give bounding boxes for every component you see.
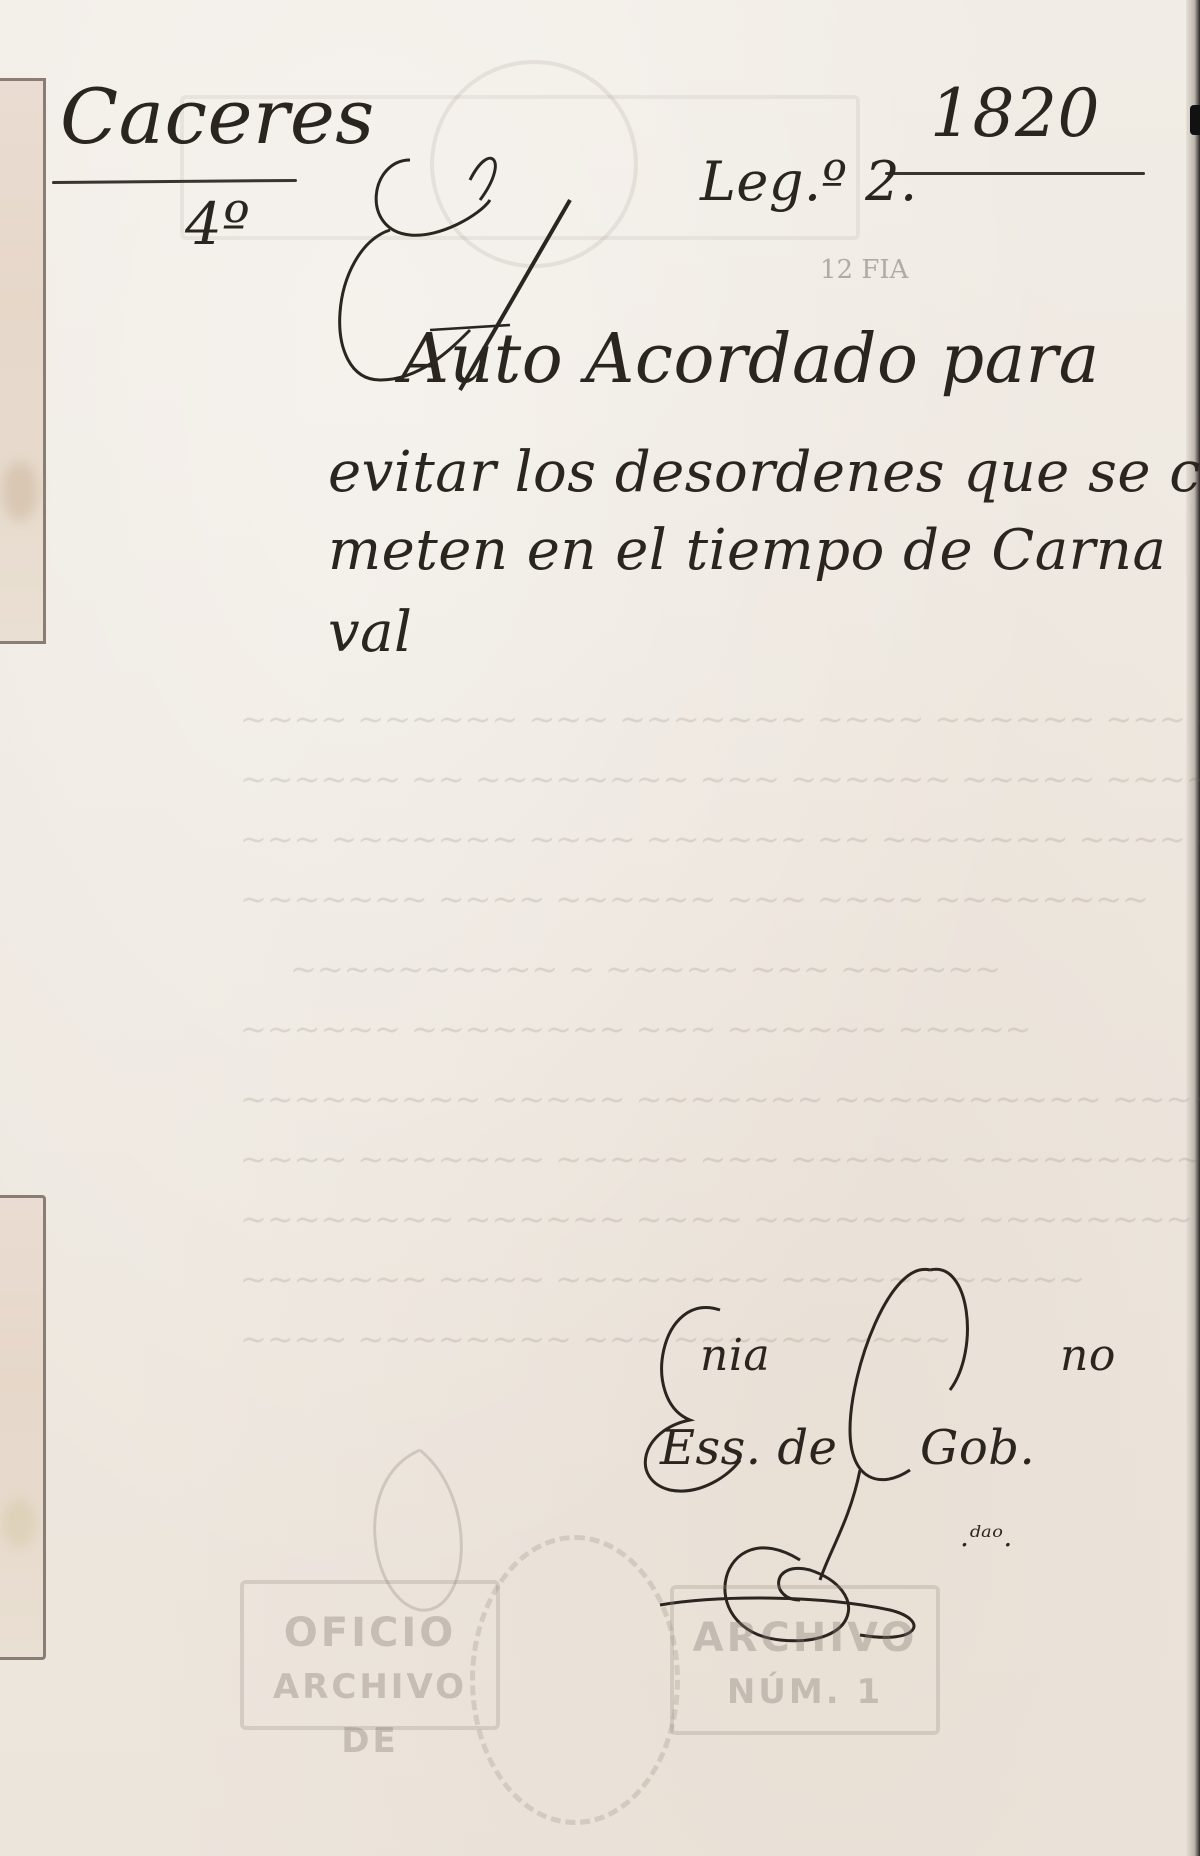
bleed-through-line: ~~~ ~~~~~~~ ~~~~ ~~~~~~ ~~ ~~~~~~~ ~~~~ … <box>240 820 1200 858</box>
header-year: 1820 <box>930 75 1100 152</box>
page-right-edge <box>1186 0 1200 1856</box>
signature-line-1-right: no <box>1060 1330 1116 1381</box>
header-legajo: Leg.º 2. <box>700 150 918 213</box>
archive-seal-oval <box>470 1535 680 1825</box>
archive-stamp-right: ARCHIVO NÚM. 1 <box>670 1585 940 1735</box>
bleed-through-line: ~~~~~~ ~~~~~~~~ ~~~ ~~~~~~ ~~~~~ <box>240 1010 1031 1048</box>
stamp-left-line-2: ARCHIVO DE <box>244 1660 496 1768</box>
title-line-3: meten en el tiempo de Carna <box>328 518 1166 583</box>
signature-line-2-right: Gob. <box>920 1420 1035 1476</box>
stamp-right-line-1: ARCHIVO <box>674 1611 936 1665</box>
bleed-through-line: ~~~~ ~~~~~~ ~~~ ~~~~~~~ ~~~~ ~~~~~~ ~~~ … <box>240 700 1200 738</box>
bleed-through-line: ~~~~~~~~~ ~~~~~ ~~~~~~~ ~~~~~~~~~~ ~~~~ <box>240 1080 1200 1118</box>
header-place: Caceres <box>60 72 375 161</box>
bleed-through-line: ~~~~~~~~ ~~~~~~ ~~~~ ~~~~~~~~ ~~~~~~~~ <box>240 1200 1192 1238</box>
bleed-through-line: ~~~~~~~~~~ ~ ~~~~~ ~~~ ~~~~~~ <box>290 950 1001 988</box>
manuscript-page: Caceres 4º 1820 Leg.º 2. 12 FIA Auto Aco… <box>0 0 1200 1856</box>
binding-strip-top <box>0 78 46 644</box>
stamp-right-line-2: NÚM. 1 <box>674 1665 936 1719</box>
header-year-underline <box>885 172 1145 175</box>
binding-strip-bottom <box>0 1195 46 1660</box>
signature-rubric: .ᵈᵃᵒ. <box>960 1520 1013 1553</box>
title-line-2: evitar los desordenes que se co <box>328 440 1200 505</box>
bleed-through-line: ~~~~ ~~~~~~~ ~~~~~ ~~~ ~~~~~~ ~~~~~~~~~~ <box>240 1140 1200 1178</box>
faint-pencil-loop <box>330 1440 490 1620</box>
header-number: 4º <box>185 190 250 258</box>
small-archive-mark: 12 FIA <box>820 255 908 285</box>
edge-ink-mark <box>1190 105 1200 135</box>
bleed-through-line: ~~~~~~ ~~ ~~~~~~~~ ~~~ ~~~~~~ ~~~~~ ~~~~… <box>240 760 1200 798</box>
signature-line-2-left: Ess. de <box>660 1420 837 1476</box>
bleed-through-line: ~~~~~~~ ~~~~ ~~~~~~ ~~~ ~~~~ ~~~~~~~~ <box>240 880 1149 918</box>
title-line-4: val <box>328 600 412 665</box>
signature-line-1-mid: nia <box>700 1330 770 1381</box>
title-line-1: Auto Acordado para <box>400 320 1100 399</box>
